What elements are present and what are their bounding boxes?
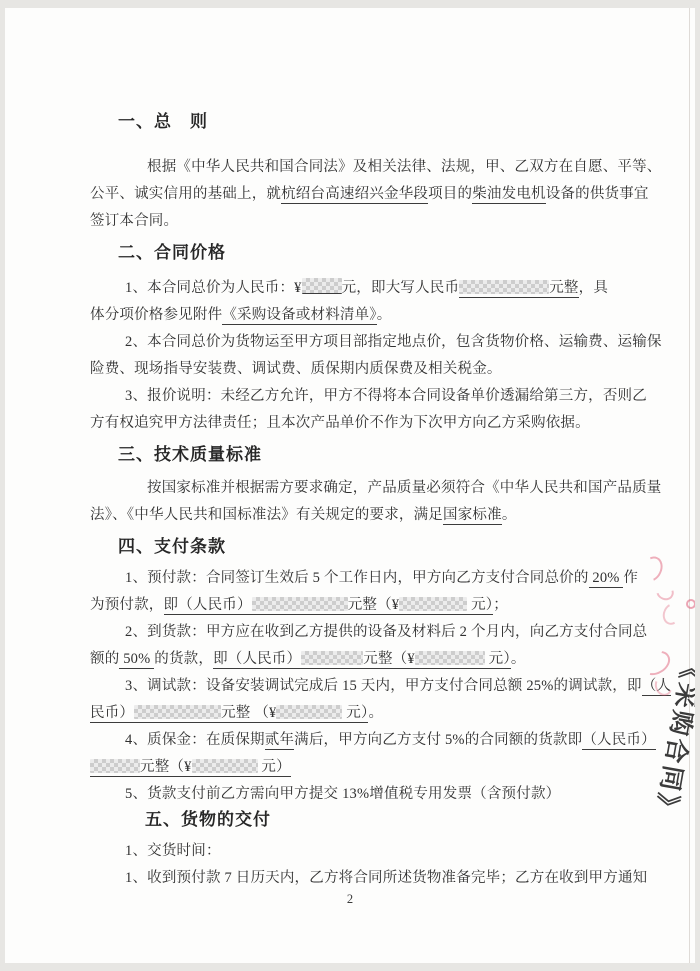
section-heading-4: 四、支付条款 [90, 529, 625, 565]
contract-page: 一、总 则 根据《中华人民共和国合同法》及相关法律、法规，甲、乙双方在自愿、平等… [5, 8, 695, 963]
contract-body: 一、总 则 根据《中华人民共和国合同法》及相关法律、法规，甲、乙双方在自愿、平等… [90, 104, 625, 892]
line: 签订本合同。 [90, 208, 625, 235]
underlined-group: 元整（¥ 元） [90, 759, 291, 777]
line: 1、预付款：合同签订生效后 5 个工作日内，甲方向乙方支付合同总价的 20% 作 [90, 565, 625, 592]
text: 元） [258, 759, 291, 775]
text: 民币） [90, 705, 134, 721]
text: 作 [623, 570, 638, 586]
section-heading-2: 二、合同价格 [90, 235, 625, 271]
underlined-group: （人民币） [582, 732, 656, 750]
line: 额的 50% 的货款，即（人民币）元整（¥ 元）。 [90, 646, 625, 673]
line: 1、交货时间： [90, 838, 625, 865]
line: 为预付款，即（人民币）元整（¥ 元）； [90, 592, 625, 619]
line: 1、本合同总价为人民币：¥元，即大写人民币元整，具 [90, 275, 625, 302]
stamp-fragment [637, 553, 666, 585]
underlined-group: 元整 [459, 280, 578, 298]
text: 的货款， [154, 651, 213, 667]
text: 元） [342, 705, 368, 721]
text: 元整（¥ [363, 651, 415, 667]
line: 法》、《中华人民共和国标准法》有关规定的要求，满足国家标准。 [90, 502, 625, 529]
text: 体分项价格参见附件 [90, 307, 222, 323]
redacted-amount [252, 597, 348, 611]
line: 3、报价说明：未经乙方允许，甲方不得将本合同设备单价透漏给第三方，否则乙 [90, 383, 625, 410]
redacted-amount [301, 651, 363, 665]
line: 方有权追究甲方法律责任；且本次产品单价不作为下次甲方向乙方采购依据。 [90, 410, 625, 437]
line: 元整（¥ 元） [90, 754, 625, 781]
underlined-project-name: 杭绍台高速绍兴金华段 [281, 186, 428, 204]
text: 3、调试款：设备安装调试完成后 15 天内，甲方支付合同总额 25%的调试款，即 [125, 678, 642, 694]
text: 设备的供货事宜 [546, 186, 649, 202]
text: 。 [368, 705, 383, 721]
underlined-percent: 20% [589, 570, 624, 588]
line: 4、质保金：在质保期贰年满后，甲方向乙方支付 5%的合同额的货款即（人民币） [90, 727, 625, 754]
underlined-attachment-name: 《采购设备或材料清单》 [222, 307, 376, 325]
redacted-amount [399, 597, 467, 611]
text: 1、本合同总价为人民币：¥ [125, 280, 302, 296]
text: 元整 （¥ [221, 705, 276, 721]
text: 公平、诚实信用的基础上，就 [90, 186, 281, 202]
line: 按国家标准并根据需方要求确定，产品质量必须符合《中华人民共和国产品质量 [90, 475, 625, 502]
text: 。 [502, 507, 517, 523]
line: 险费、现场指导安装费、调试费、质保期内质保费及相关税金。 [90, 356, 625, 383]
stamp-fragment [686, 599, 695, 609]
redacted-amount [192, 759, 258, 773]
text: 为预付款， [90, 597, 164, 613]
line: 公平、诚实信用的基础上，就杭绍台高速绍兴金华段项目的柴油发电机设备的供货事宜 [90, 181, 625, 208]
underlined-equipment-name: 柴油发电机 [472, 186, 546, 204]
underlined-percent: 50% [119, 651, 154, 669]
text: 法》、《中华人民共和国标准法》有关规定的要求，满足 [90, 507, 443, 523]
line: 民币）元整 （¥ 元）。 [90, 700, 625, 727]
redacted-amount [134, 705, 221, 719]
line: 2、到货款：甲方应在收到乙方提供的设备及材料后 2 个月内，向乙方支付合同总 [90, 619, 625, 646]
text: 。 [377, 307, 392, 323]
text: 元） [467, 597, 493, 613]
section-heading-1: 一、总 则 [90, 104, 625, 140]
line: 3、调试款：设备安装调试完成后 15 天内，甲方支付合同总额 25%的调试款，即… [90, 673, 625, 700]
redacted-amount [90, 759, 140, 773]
text: 即（人民币） [213, 651, 301, 667]
text: 元，即大写人民币 [342, 280, 460, 296]
redacted-amount [459, 280, 549, 294]
page-number: 2 [5, 892, 695, 907]
text: 项目的 [428, 186, 472, 202]
line: 1、收到预付款 7 日历天内，乙方将合同所述货物准备完毕；乙方在收到甲方通知 [90, 865, 625, 892]
redacted-amount [302, 278, 342, 294]
redacted-amount [415, 651, 485, 665]
stamp-fragment [653, 581, 677, 604]
text: 元整 [549, 280, 578, 296]
text: 4、质保金：在质保期 [125, 732, 265, 748]
underlined-group: 即（人民币）元整（¥ 元） [164, 597, 494, 615]
text: ，具 [579, 280, 608, 296]
text: 。 [511, 651, 526, 667]
page-crease [689, 8, 690, 963]
text: 满后，甲方向乙方支付 5%的合同额的货款即 [294, 732, 582, 748]
redacted-amount [276, 705, 342, 719]
stamp-fragment [660, 601, 684, 628]
underlined-warranty-period: 贰年 [265, 732, 294, 750]
underlined-group: 即（人民币）元整（¥ 元） [213, 651, 511, 669]
section-heading-3: 三、技术质量标准 [90, 437, 625, 473]
text: 元整（¥ [348, 597, 400, 613]
text: 额的 [90, 651, 119, 667]
text: 1、预付款：合同签订生效后 5 个工作日内，甲方向乙方支付合同总价的 [125, 570, 589, 586]
underlined-standard: 国家标准 [443, 507, 502, 525]
text: 元整（¥ [140, 759, 192, 775]
text: 元） [485, 651, 511, 667]
text: ； [493, 597, 508, 613]
line: 根据《中华人民共和国合同法》及相关法律、法规，甲、乙双方在自愿、平等、 [90, 154, 625, 181]
line: 2、本合同总价为货物运至甲方项目部指定地点价，包含货物价格、运输费、运输保 [90, 329, 625, 356]
line: 体分项价格参见附件《采购设备或材料清单》。 [90, 302, 625, 329]
underlined-group: 民币）元整 （¥ 元） [90, 705, 368, 723]
text: 即（人民币） [164, 597, 252, 613]
